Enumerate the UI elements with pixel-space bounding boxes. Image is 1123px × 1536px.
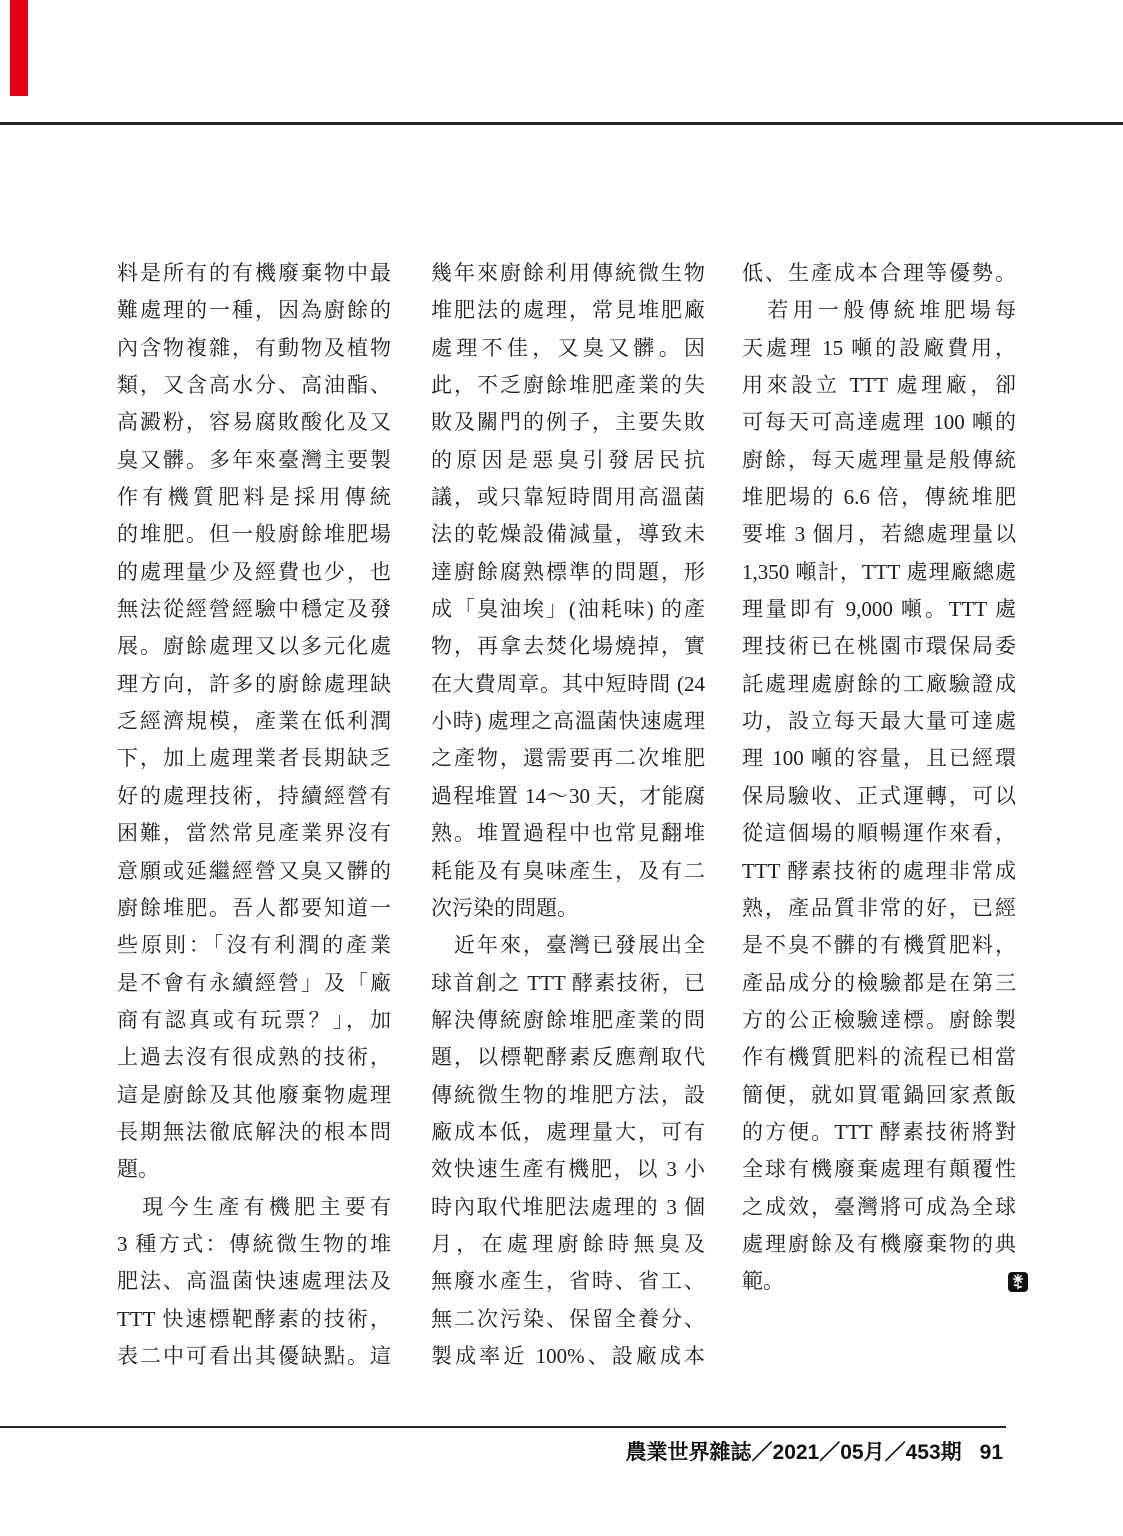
text-column-1: 料是所有的有機廢棄物中最難處理的一種，因為廚餘的內含物複雜，有動物及植物類，又含… — [117, 255, 391, 1375]
text-line: 作有機質肥料是採用傳統 — [117, 479, 391, 516]
text-line: 保局驗收、正式運轉，可以 — [742, 778, 1016, 815]
text-line: 解決傳統廚餘堆肥產業的問 — [431, 1002, 705, 1039]
text-line: 要堆 3 個月，若總處理量以 — [742, 516, 1016, 553]
text-line: 球首創之 TTT 酵素技術，已 — [431, 965, 705, 1002]
text-line: 熟，產品質非常的好，已經 — [742, 890, 1016, 927]
text-line: 是不會有永續經營」及「廠 — [117, 965, 391, 1002]
text-line: 是不臭不髒的有機質肥料， — [742, 927, 1016, 964]
text-line: 可每天可高達處理 100 噸的 — [742, 404, 1016, 441]
text-line: 現今生產有機肥主要有 — [117, 1189, 391, 1226]
text-line: 月，在處理廚餘時無臭及 — [431, 1226, 705, 1263]
text-line: 產品成分的檢驗都是在第三 — [742, 965, 1016, 1002]
text-line: 的方便。TTT 酵素技術將對 — [742, 1114, 1016, 1151]
text-line: 高澱粉，容易腐敗酸化及又 — [117, 404, 391, 441]
text-line: 商有認真或有玩票？」，加 — [117, 1002, 391, 1039]
text-line: 下，加上處理業者長期缺乏 — [117, 740, 391, 777]
text-line: 堆肥法的處理，常見堆肥廠 — [431, 292, 705, 329]
text-line: 廠成本低，處理量大，可有 — [431, 1114, 705, 1151]
text-line: 長期無法徹底解決的根本問 — [117, 1114, 391, 1151]
text-line: 在大費周章。其中短時間 (24 — [431, 666, 705, 703]
text-line: 些原則：「沒有利潤的產業 — [117, 927, 391, 964]
footer: 農業世界雜誌／2021／05月／453期 91 — [626, 1436, 1003, 1466]
text-line: 敗及關門的例子，主要失敗 — [431, 404, 705, 441]
text-line: 作有機質肥料的流程已相當 — [742, 1039, 1016, 1076]
text-line: 類，又含高水分、高油酯、 — [117, 367, 391, 404]
text-line: 之產物，還需要再二次堆肥 — [431, 740, 705, 777]
text-line: 廚餘堆肥。吾人都要知道一 — [117, 890, 391, 927]
text-line: 達廚餘腐熟標準的問題，形 — [431, 554, 705, 591]
text-line: 3 種方式：傳統微生物的堆 — [117, 1226, 391, 1263]
text-line: 此，不乏廚餘堆肥產業的失 — [431, 367, 705, 404]
text-line: 議，或只靠短時間用高溫菌 — [431, 479, 705, 516]
top-rule — [0, 122, 1123, 125]
text-line: 若用一般傳統堆肥場每 — [742, 292, 1016, 329]
text-line: 理量即有 9,000 噸。TTT 處 — [742, 591, 1016, 628]
text-line: 耗能及有臭味產生，及有二 — [431, 853, 705, 890]
text-line: 理方向，許多的廚餘處理缺 — [117, 666, 391, 703]
text-line: 處理廚餘及有機廢棄物的典 — [742, 1226, 1016, 1263]
text-line: 範。 — [742, 1263, 1016, 1300]
text-line: 無廢水產生，省時、省工、 — [431, 1263, 705, 1300]
text-line: 小時) 處理之高溫菌快速處理 — [431, 703, 705, 740]
text-line: 處理不佳，又臭又髒。因 — [431, 330, 705, 367]
text-line: 臭又髒。多年來臺灣主要製 — [117, 442, 391, 479]
text-line: 方的公正檢驗達標。廚餘製 — [742, 1002, 1016, 1039]
footer-rule — [0, 1426, 1006, 1428]
text-line: 乏經濟規模，產業在低利潤 — [117, 703, 391, 740]
page-edge-tab — [10, 0, 28, 96]
footer-journal-info: 農業世界雜誌／2021／05月／453期 — [626, 1436, 962, 1466]
text-line: 無法從經營經驗中穩定及發 — [117, 591, 391, 628]
text-line: 成「臭油埃」(油耗味) 的產 — [431, 591, 705, 628]
text-line: 從這個場的順暢運作來看， — [742, 815, 1016, 852]
text-line: 天處理 15 噸的設廠費用， — [742, 330, 1016, 367]
article-end-flower-icon — [1008, 1272, 1028, 1292]
text-line: 次污染的問題。 — [431, 890, 705, 927]
text-line: 廚餘，每天處理量是般傳統 — [742, 442, 1016, 479]
text-column-3: 低、生產成本合理等優勢。 若用一般傳統堆肥場每天處理 15 噸的設廠費用，用來設… — [742, 255, 1016, 1301]
text-line: TTT 快速標靶酵素的技術， — [117, 1301, 391, 1338]
text-line: 簡便，就如買電鍋回家煮飯 — [742, 1077, 1016, 1114]
text-line: 低、生產成本合理等優勢。 — [742, 255, 1016, 292]
text-line: 傳統微生物的堆肥方法，設 — [431, 1077, 705, 1114]
text-line: 用來設立 TTT 處理廠，卻 — [742, 367, 1016, 404]
text-line: 之成效，臺灣將可成為全球 — [742, 1189, 1016, 1226]
text-line: 難處理的一種，因為廚餘的 — [117, 292, 391, 329]
text-line: 全球有機廢棄處理有顛覆性 — [742, 1151, 1016, 1188]
text-line: 過程堆置 14～30 天，才能腐 — [431, 778, 705, 815]
text-line: 展。廚餘處理又以多元化處 — [117, 628, 391, 665]
text-line: 題。 — [117, 1151, 391, 1188]
text-line: 效快速生產有機肥，以 3 小 — [431, 1151, 705, 1188]
text-line: TTT 酵素技術的處理非常成 — [742, 853, 1016, 890]
text-line: 託處理處廚餘的工廠驗證成 — [742, 666, 1016, 703]
text-line: 表二中可看出其優缺點。這 — [117, 1338, 391, 1375]
text-line: 功，設立每天最大量可達處 — [742, 703, 1016, 740]
text-line: 製成率近 100%、設廠成本 — [431, 1338, 705, 1375]
text-line: 困難，當然常見產業界沒有 — [117, 815, 391, 852]
magazine-page: 料是所有的有機廢棄物中最難處理的一種，因為廚餘的內含物複雜，有動物及植物類，又含… — [0, 0, 1123, 1536]
text-line: 上過去沒有很成熟的技術， — [117, 1039, 391, 1076]
text-column-2: 幾年來廚餘利用傳統微生物堆肥法的處理，常見堆肥廠處理不佳，又臭又髒。因此，不乏廚… — [431, 255, 705, 1375]
text-line: 幾年來廚餘利用傳統微生物 — [431, 255, 705, 292]
text-line: 意願或延繼經營又臭又髒的 — [117, 853, 391, 890]
text-line: 肥法、高溫菌快速處理法及 — [117, 1263, 391, 1300]
text-line: 好的處理技術，持續經營有 — [117, 778, 391, 815]
text-line: 料是所有的有機廢棄物中最 — [117, 255, 391, 292]
text-line: 法的乾燥設備減量，導致未 — [431, 516, 705, 553]
text-line: 近年來，臺灣已發展出全 — [431, 927, 705, 964]
text-line: 熟。堆置過程中也常見翻堆 — [431, 815, 705, 852]
text-line: 1,350 噸計，TTT 處理廠總處 — [742, 554, 1016, 591]
text-line: 理技術已在桃園市環保局委 — [742, 628, 1016, 665]
text-line: 的原因是惡臭引發居民抗 — [431, 442, 705, 479]
text-line: 堆肥場的 6.6 倍，傳統堆肥 — [742, 479, 1016, 516]
text-line: 物，再拿去焚化場燒掉，實 — [431, 628, 705, 665]
text-line: 的堆肥。但一般廚餘堆肥場 — [117, 516, 391, 553]
text-line: 無二次污染、保留全養分、 — [431, 1301, 705, 1338]
text-line: 內含物複雜，有動物及植物 — [117, 330, 391, 367]
text-line: 時內取代堆肥法處理的 3 個 — [431, 1189, 705, 1226]
text-line: 題，以標靶酵素反應劑取代 — [431, 1039, 705, 1076]
text-line: 的處理量少及經費也少，也 — [117, 554, 391, 591]
text-line: 這是廚餘及其他廢棄物處理 — [117, 1077, 391, 1114]
footer-page-number: 91 — [980, 1441, 1003, 1465]
text-line: 理 100 噸的容量，且已經環 — [742, 740, 1016, 777]
